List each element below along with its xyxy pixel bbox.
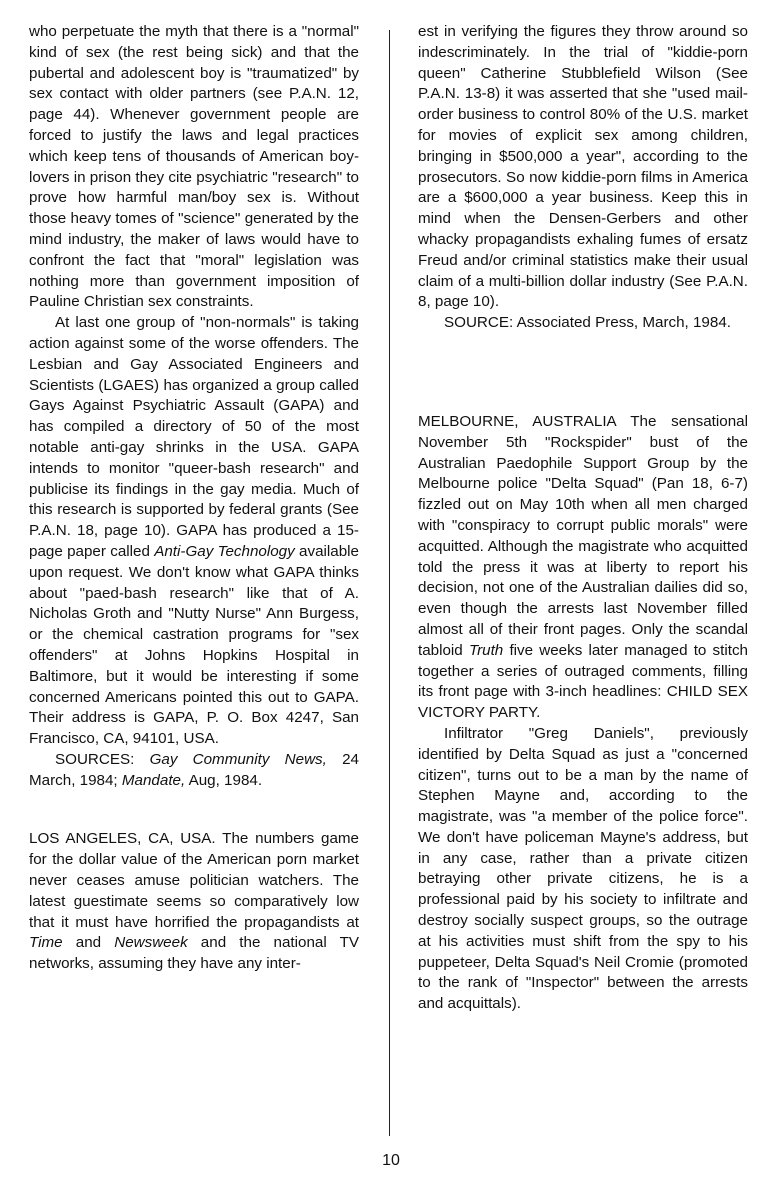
sources-line: SOURCES: Gay Community News, 24 March, 1… [29, 750, 359, 792]
column-divider [389, 30, 390, 1136]
source-line: SOURCE: Associated Press, March, 1984. [418, 313, 748, 334]
publication-title: Anti-Gay Technology [154, 543, 295, 560]
article-melbourne: MELBOURNE, AUSTRALIA The sensational Nov… [418, 412, 748, 724]
section-gap [29, 791, 359, 829]
article-los-angeles: LOS ANGELES, CA, USA. The numbers game f… [29, 829, 359, 975]
section-gap [418, 334, 748, 412]
left-column: who perpetuate the myth that there is a … [29, 22, 359, 975]
right-column: est in verifying the figures they throw … [418, 22, 748, 1015]
page-number: 10 [0, 1152, 782, 1170]
article-paragraph: Infiltrator "Greg Daniels", previously i… [418, 724, 748, 1015]
article-paragraph: who perpetuate the myth that there is a … [29, 22, 359, 313]
article-paragraph: est in verifying the figures they throw … [418, 22, 748, 313]
article-paragraph: At last one group of "non-normals" is ta… [29, 313, 359, 750]
